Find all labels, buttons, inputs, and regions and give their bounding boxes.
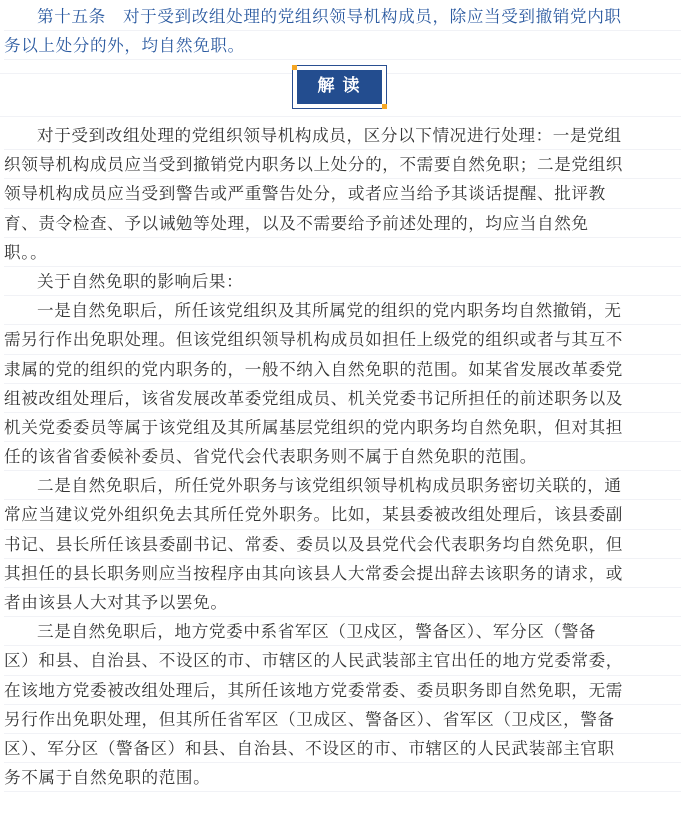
text-line: 者由该县人大对其予以罢免。: [4, 588, 681, 617]
corner-accent-icon: [382, 104, 387, 109]
text-line: 组被改组处理后，该省发展改革委党组成员、机关党委书记所担任的前述职务以及: [4, 384, 681, 413]
text-line: 一是自然免职后，所任该党组织及其所属党的组织的党内职务均自然撤销，无: [4, 296, 681, 325]
text-line: 常应当建议党外组织免去其所任党外职务。比如，某县委被改组处理后，该县委副: [4, 500, 681, 529]
paragraph-1: 对于受到改组处理的党组织领导机构成员，区分以下情况进行处理：一是党组 织领导机构…: [4, 121, 681, 267]
interpretation-badge: 解读: [292, 65, 387, 109]
text-line: 任的该省省委候补委员、省党代会代表职务则不属于自然免职的范围。: [4, 442, 681, 471]
text-line: 区）、军分区（警备区）和县、自治县、不设区的市、市辖区的人民武装部主官职: [4, 734, 681, 763]
text-line: 对于受到改组处理的党组织领导机构成员，区分以下情况进行处理：一是党组: [4, 121, 681, 150]
text-line: 织领导机构成员应当受到撤销党内职务以上处分的，不需要自然免职；二是党组织: [4, 150, 681, 179]
interpretation-body: 对于受到改组处理的党组织领导机构成员，区分以下情况进行处理：一是党组 织领导机构…: [4, 121, 681, 792]
text-line: 关于自然免职的影响后果：: [4, 267, 681, 296]
text-line: 三是自然免职后，地方党委中系省军区（卫戍区，警备区）、军分区（警备: [4, 617, 681, 646]
article-text: 第十五条 对于受到改组处理的党组织领导机构成员，除应当受到撤销党内职 务以上处分…: [4, 2, 681, 60]
paragraph-2: 关于自然免职的影响后果：: [4, 267, 681, 296]
text-line: 育、责令检查、予以诫勉等处理，以及不需要给予前述处理的，均应当自然免: [4, 209, 681, 238]
badge-label: 解读: [297, 70, 382, 104]
text-line: 隶属的党的组织的党内职务的，一般不纳入自然免职的范围。如某省发展改革委党: [4, 355, 681, 384]
paragraph-3: 一是自然免职后，所任该党组织及其所属党的组织的党内职务均自然撤销，无 需另行作出…: [4, 296, 681, 471]
paragraph-4: 二是自然免职后，所任党外职务与该党组织领导机构成员职务密切关联的，通 常应当建议…: [4, 471, 681, 617]
text-line: 在该地方党委被改组处理后，其所任该地方党委常委、委员职务即自然免职，无需: [4, 676, 681, 705]
text-line: 书记、县长所任该县委副书记、常委、委员以及县党代会代表职务均自然免职，但: [4, 530, 681, 559]
paragraph-5: 三是自然免职后，地方党委中系省军区（卫戍区，警备区）、军分区（警备 区）和县、自…: [4, 617, 681, 792]
text-line: 务不属于自然免职的范围。: [4, 763, 681, 792]
text-line: 职。。: [4, 238, 681, 267]
text-line: 其担任的县长职务则应当按程序由其向该县人大常委会提出辞去该职务的请求，或: [4, 559, 681, 588]
text-line: 二是自然免职后，所任党外职务与该党组织领导机构成员职务密切关联的，通: [4, 471, 681, 500]
text-line: 领导机构成员应当受到警告或严重警告处分，或者应当给予其谈话提醒、批评教: [4, 179, 681, 208]
article-line: 第十五条 对于受到改组处理的党组织领导机构成员，除应当受到撤销党内职: [4, 2, 681, 31]
text-line: 另行作出免职处理，但其所任省军区（卫成区、警备区）、省军区（卫戍区，警备: [4, 705, 681, 734]
interpretation-header: 解读: [0, 59, 681, 119]
text-line: 需另行作出免职处理。但该党组织领导机构成员如担任上级党的组织或者与其互不: [4, 325, 681, 354]
text-line: 机关党委委员等属于该党组及其所属基层党组织的党内职务均自然免职，但对其担: [4, 413, 681, 442]
article-line: 务以上处分的外，均自然免职。: [4, 31, 681, 60]
text-line: 区）和县、自治县、不设区的市、市辖区的人民武装部主官出任的地方党委常委，: [4, 646, 681, 675]
